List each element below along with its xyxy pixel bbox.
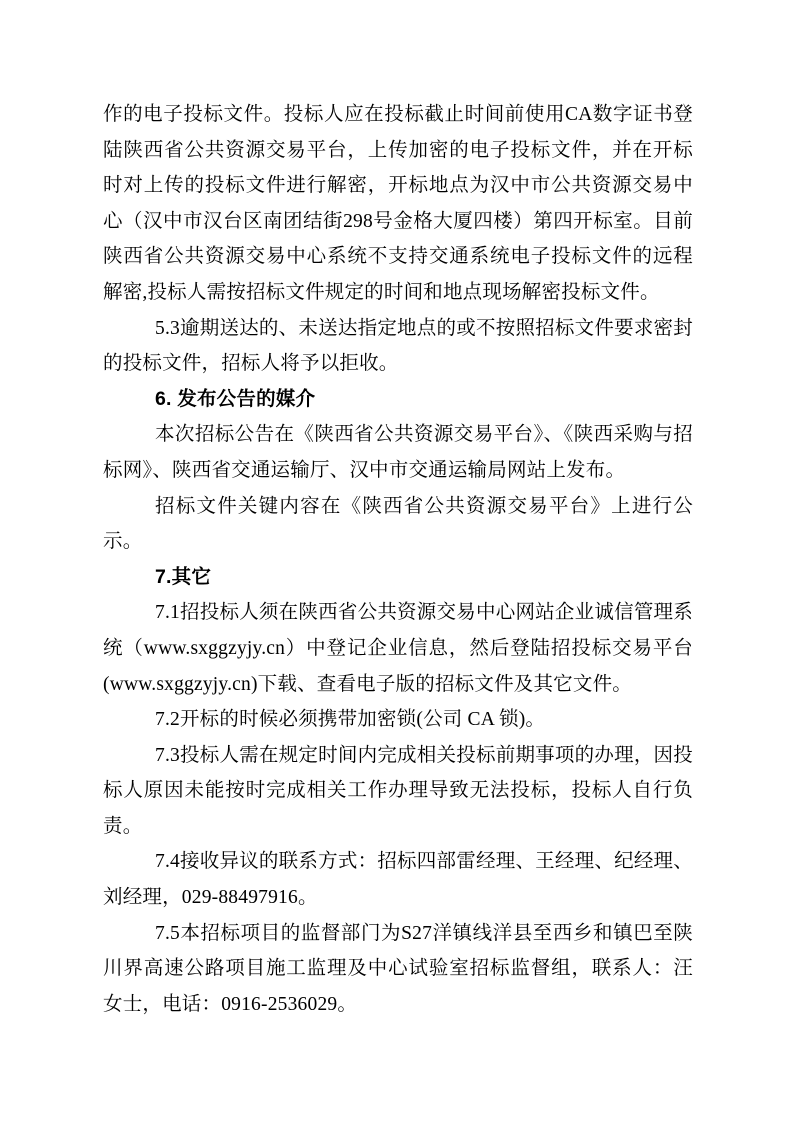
para-clause-7-3-preparation-duty: 7.3投标人需在规定时间内完成相关投标前期事项的办理，因投标人原因未能按时完成相… [103, 738, 693, 845]
para-clause-7-1-registration: 7.1招投标人须在陕西省公共资源交易中心网站企业诚信管理系统（www.sxggz… [103, 595, 693, 702]
para-clause-7-4-objection-contacts: 7.4接收异议的联系方式：招标四部雷经理、王经理、纪经理、刘经理，029-884… [103, 844, 693, 915]
heading-7-others: 7.其它 [103, 560, 693, 596]
para-clause-7-5-supervision-department: 7.5本招标项目的监督部门为S27洋镇线洋县至西乡和镇巴至陕川界高速公路项目施工… [103, 916, 693, 1023]
para-key-content-publicity: 招标文件关键内容在《陕西省公共资源交易平台》上进行公示。 [103, 489, 693, 560]
para-electronic-bid-file-continuation: 作的电子投标文件。投标人应在投标截止时间前使用CA数字证书登陆陕西省公共资源交易… [103, 97, 693, 311]
para-clause-5-3-overdue-delivery: 5.3逾期送达的、未送达指定地点的或不按照招标文件要求密封的投标文件，招标人将予… [103, 311, 693, 382]
para-clause-7-2-ca-lock: 7.2开标的时候必须携带加密锁(公司 CA 锁)。 [103, 702, 693, 738]
document-page: 作的电子投标文件。投标人应在投标截止时间前使用CA数字证书登陆陕西省公共资源交易… [0, 0, 793, 1122]
para-announcement-platforms: 本次招标公告在《陕西省公共资源交易平台》、《陕西采购与招标网》、陕西省交通运输厅… [103, 417, 693, 488]
heading-6-announcement-media: 6. 发布公告的媒介 [103, 382, 693, 418]
